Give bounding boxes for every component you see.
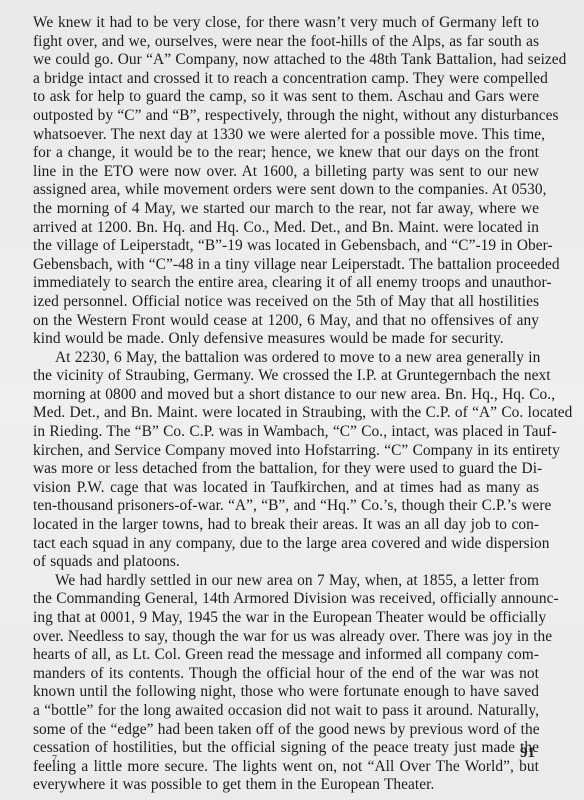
text-line: over. Needless to say, though the war fo… [33, 628, 539, 647]
text-line: the Commanding General, 14th Armored Div… [33, 590, 539, 609]
text-line: the village of Leiperstadt, “B”-19 was l… [33, 237, 539, 256]
text-line: hearts of all, as Lt. Col. Green read th… [33, 646, 539, 665]
text-line: to ask for help to guard the camp, so it… [33, 88, 539, 107]
text-line: of squads and platoons. [33, 553, 539, 572]
text-line: morning at 0800 and moved but a short di… [33, 386, 539, 405]
text-line: ten-thousand prisoners-of-war. “A”, “B”,… [33, 497, 539, 516]
text-line: fight over, and we, ourselves, were near… [33, 33, 539, 52]
text-line: was more or less detached from the batta… [33, 460, 539, 479]
text-line: for a change, it would be to the rear; h… [33, 144, 539, 163]
text-line: kind would be made. Only defensive measu… [33, 330, 539, 349]
text-line: known until the following night, those w… [33, 683, 539, 702]
text-line: arrived at 1200. Bn. Hq. and Hq. Co., Me… [33, 219, 539, 238]
text-line: on the Western Front would cease at 1200… [33, 312, 539, 331]
paragraph: At 2230, 6 May, the battalion was ordere… [33, 349, 539, 572]
page-number: 91 [520, 745, 535, 762]
text-line: ized personnel. Official notice was rece… [33, 293, 539, 312]
text-line: cessation of hostilities, but the offici… [33, 739, 539, 758]
text-line: vision P.W. cage that was located in Tau… [33, 479, 539, 498]
text-line: a bridge intact and crossed it to reach … [33, 70, 539, 89]
paragraph: We had hardly settled in our new area on… [33, 572, 539, 795]
text-line: a “bottle” for the long awaited occasion… [33, 702, 539, 721]
text-line: assigned area, while movement orders wer… [33, 181, 539, 200]
text-line: kirchen, and Service Company moved into … [33, 442, 539, 461]
text-line: the morning of 4 May, we started our mar… [33, 200, 539, 219]
text-line: We had hardly settled in our new area on… [33, 572, 539, 591]
text-line: whatsoever. The next day at 1330 we were… [33, 126, 539, 145]
text-line: in Rieding. The “B” Co. C.P. was in Wamb… [33, 423, 539, 442]
text-line: the vicinity of Straubing, Germany. We c… [33, 367, 539, 386]
paragraph: We knew it had to be very close, for the… [33, 14, 539, 349]
text-line: line in the ETO were now over. At 1600, … [33, 163, 539, 182]
paragraphs: We knew it had to be very close, for the… [33, 14, 539, 795]
text-line: At 2230, 6 May, the battalion was ordere… [33, 349, 539, 368]
text-line: manders of its contents. Though the offi… [33, 665, 539, 684]
text-line: tact each squad in any company, due to t… [33, 535, 539, 554]
text-line: We knew it had to be very close, for the… [33, 14, 539, 33]
text-line: immediately to search the entire area, c… [33, 274, 539, 293]
text-line: Med. Det., and Bn. Maint. were located i… [33, 404, 539, 423]
text-line: Gebensbach, with “C”-48 in a tiny villag… [33, 256, 539, 275]
text-line: everywhere it was possible to get them i… [33, 776, 539, 795]
text-line: feeling a little more secure. The lights… [33, 758, 539, 777]
text-line: outposted by “C” and “B”, respectively, … [33, 107, 539, 126]
text-line: we could go. Our “A” Company, now attach… [33, 51, 539, 70]
page-body: We knew it had to be very close, for the… [33, 14, 539, 795]
text-line: ing that at 0001, 9 May, 1945 the war in… [33, 609, 539, 628]
stray-mark: 7 [52, 754, 57, 765]
text-line: some of the “edge” had been taken off of… [33, 721, 539, 740]
text-line: located in the larger towns, had to brea… [33, 516, 539, 535]
